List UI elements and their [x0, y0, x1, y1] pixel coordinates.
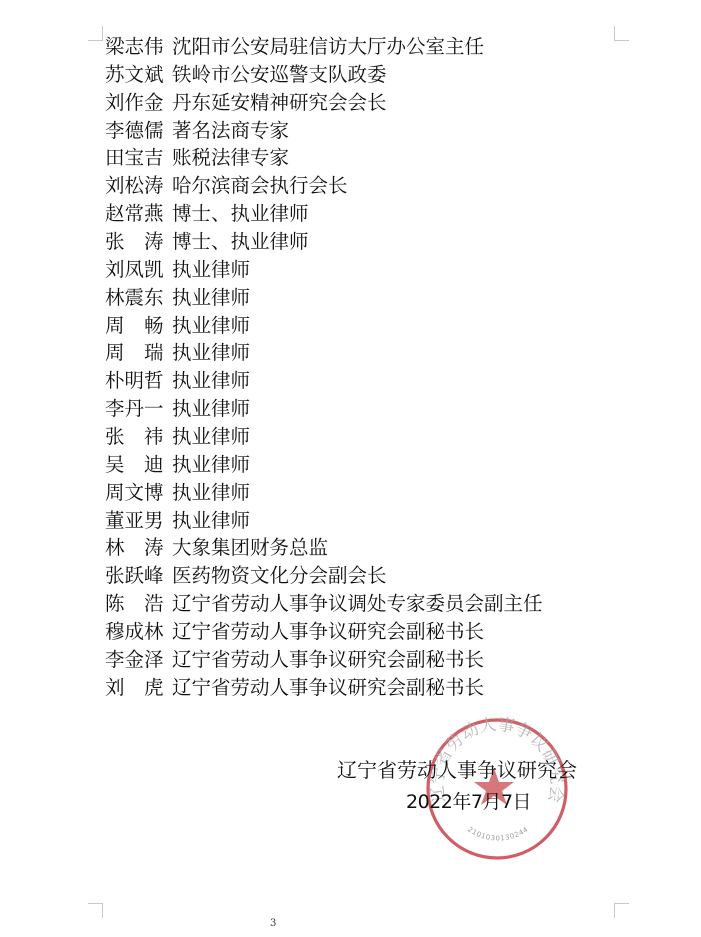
roster-row: 陈 浩辽宁省劳动人事争议调处专家委员会副主任 [105, 590, 543, 618]
roster-row: 梁志伟沈阳市公安局驻信访大厅办公室主任 [105, 33, 543, 61]
member-name: 陈 浩 [105, 590, 172, 618]
member-name: 吴 迪 [105, 451, 172, 479]
member-title: 执业律师 [172, 479, 250, 507]
roster-row: 周 畅执业律师 [105, 312, 543, 340]
member-name: 周 畅 [105, 312, 172, 340]
signing-organization: 辽宁省劳动人事争议研究会 [337, 757, 569, 783]
roster-row: 苏文斌铁岭市公安巡警支队政委 [105, 61, 543, 89]
member-title: 执业律师 [172, 423, 250, 451]
roster-row: 林 涛大象集团财务总监 [105, 534, 543, 562]
member-name: 李丹一 [105, 395, 172, 423]
roster-row: 李丹一执业律师 [105, 395, 543, 423]
roster-row: 吴 迪执业律师 [105, 451, 543, 479]
member-name: 朴明哲 [105, 367, 172, 395]
signing-date: 2022年7月7日 [406, 790, 531, 814]
member-name: 苏文斌 [105, 61, 172, 89]
member-name: 刘松涛 [105, 172, 172, 200]
member-name: 董亚男 [105, 507, 172, 535]
member-name: 李金泽 [105, 646, 172, 674]
member-title: 大象集团财务总监 [172, 534, 328, 562]
seal-serial-number: 2101030130244 [466, 825, 530, 842]
member-title: 执业律师 [172, 367, 250, 395]
member-title: 执业律师 [172, 507, 250, 535]
roster-row: 田宝吉账税法律专家 [105, 144, 543, 172]
member-title: 辽宁省劳动人事争议调处专家委员会副主任 [172, 590, 543, 618]
member-title: 辽宁省劳动人事争议研究会副秘书长 [172, 618, 484, 646]
member-title: 执业律师 [172, 395, 250, 423]
member-title: 账税法律专家 [172, 144, 289, 172]
member-title: 执业律师 [172, 284, 250, 312]
member-name: 穆成林 [105, 618, 172, 646]
crop-mark-bottom-left [88, 903, 103, 918]
member-name: 刘作金 [105, 89, 172, 117]
roster-row: 李金泽辽宁省劳动人事争议研究会副秘书长 [105, 646, 543, 674]
official-seal-stamp: 辽宁省劳动人事争议研究会 2101030130244 [424, 716, 570, 862]
member-name: 赵常燕 [105, 200, 172, 228]
crop-mark-top-left [88, 26, 103, 41]
member-name: 林 涛 [105, 534, 172, 562]
member-title: 辽宁省劳动人事争议研究会副秘书长 [172, 646, 484, 674]
roster-row: 穆成林辽宁省劳动人事争议研究会副秘书长 [105, 618, 543, 646]
member-name: 李德儒 [105, 117, 172, 145]
member-title: 辽宁省劳动人事争议研究会副秘书长 [172, 674, 484, 702]
member-title: 哈尔滨商会执行会长 [172, 172, 348, 200]
roster-row: 周文博执业律师 [105, 479, 543, 507]
roster-row: 朴明哲执业律师 [105, 367, 543, 395]
member-title: 著名法商专家 [172, 117, 289, 145]
member-name: 张 涛 [105, 228, 172, 256]
member-title: 执业律师 [172, 339, 250, 367]
roster-row: 刘松涛哈尔滨商会执行会长 [105, 172, 543, 200]
roster-row: 刘凤凯执业律师 [105, 256, 543, 284]
member-title: 执业律师 [172, 451, 250, 479]
roster-row: 张 涛博士、执业律师 [105, 228, 543, 256]
member-name: 张跃峰 [105, 562, 172, 590]
roster-row: 林震东执业律师 [105, 284, 543, 312]
member-roster: 梁志伟沈阳市公安局驻信访大厅办公室主任 苏文斌铁岭市公安巡警支队政委 刘作金丹东… [105, 33, 543, 702]
member-title: 博士、执业律师 [172, 228, 309, 256]
roster-row: 刘 虎辽宁省劳动人事争议研究会副秘书长 [105, 674, 543, 702]
member-name: 田宝吉 [105, 144, 172, 172]
roster-row: 李德儒著名法商专家 [105, 117, 543, 145]
member-title: 沈阳市公安局驻信访大厅办公室主任 [172, 33, 484, 61]
member-title: 博士、执业律师 [172, 200, 309, 228]
roster-row: 刘作金丹东延安精神研究会会长 [105, 89, 543, 117]
member-name: 周文博 [105, 479, 172, 507]
member-name: 刘 虎 [105, 674, 172, 702]
member-name: 周 瑞 [105, 339, 172, 367]
member-name: 梁志伟 [105, 33, 172, 61]
member-name: 张 祎 [105, 423, 172, 451]
member-title: 丹东延安精神研究会会长 [172, 89, 387, 117]
crop-mark-bottom-right [614, 903, 629, 918]
roster-row: 董亚男执业律师 [105, 507, 543, 535]
page-number: 3 [270, 918, 276, 929]
roster-row: 周 瑞执业律师 [105, 339, 543, 367]
roster-row: 张跃峰医药物资文化分会副会长 [105, 562, 543, 590]
roster-row: 张 祎执业律师 [105, 423, 543, 451]
member-title: 执业律师 [172, 256, 250, 284]
member-title: 执业律师 [172, 312, 250, 340]
crop-mark-top-right [614, 26, 629, 41]
member-name: 林震东 [105, 284, 172, 312]
member-name: 刘凤凯 [105, 256, 172, 284]
roster-row: 赵常燕博士、执业律师 [105, 200, 543, 228]
member-title: 医药物资文化分会副会长 [172, 562, 387, 590]
member-title: 铁岭市公安巡警支队政委 [172, 61, 387, 89]
